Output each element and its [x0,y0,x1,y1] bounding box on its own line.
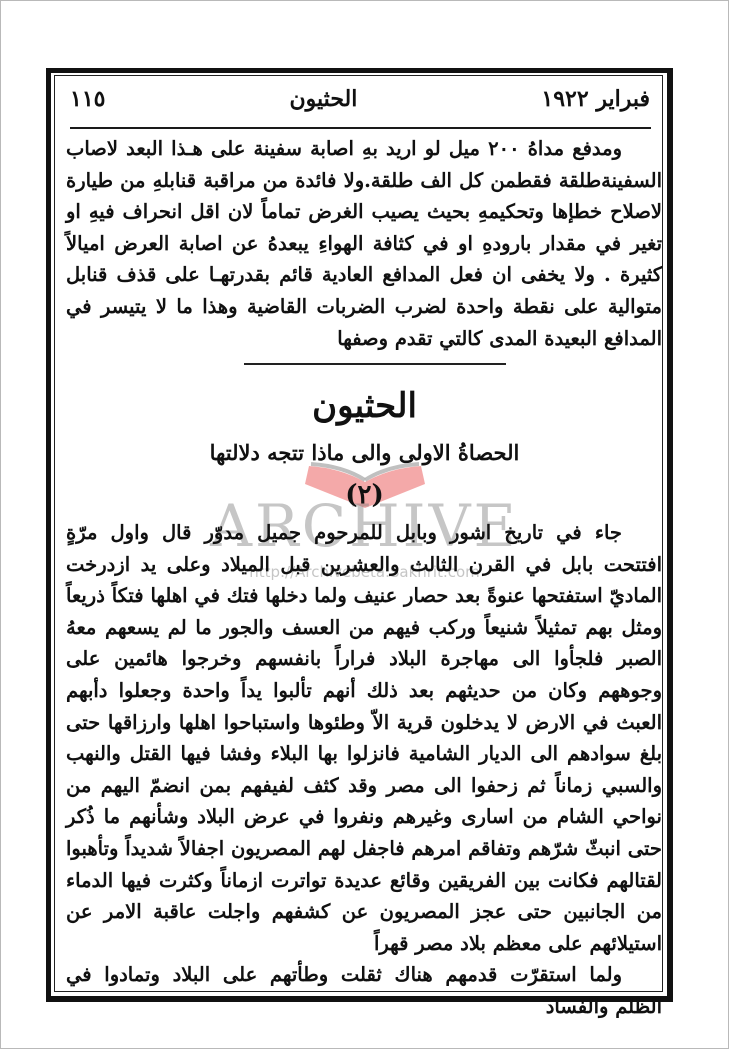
article-body: جاء في تاريخ اشور وبابل للمرحوم جميل مدو… [66,517,662,1023]
header-page-number: ١١٥ [70,86,105,112]
header-running-title: الحثيون [290,86,358,112]
article-title: الحثيون [0,386,729,426]
paragraph: ولما استقرّت قدمهم هناك ثقلت وطأتهم على … [66,959,662,1022]
section-divider [244,363,506,365]
header-date: فبراير ١٩٢٢ [541,86,650,112]
previous-article-ending: ومدفع مداهُ ٢٠٠ ميل لو اريد بهِ اصابة سف… [66,133,662,354]
paragraph: جاء في تاريخ اشور وبابل للمرحوم جميل مدو… [66,517,662,959]
article-part-number: (٢) [0,480,729,510]
running-header: فبراير ١٩٢٢ الحثيون ١١٥ [70,82,650,116]
header-divider [70,127,651,129]
paragraph: ومدفع مداهُ ٢٠٠ ميل لو اريد بهِ اصابة سف… [66,133,662,354]
